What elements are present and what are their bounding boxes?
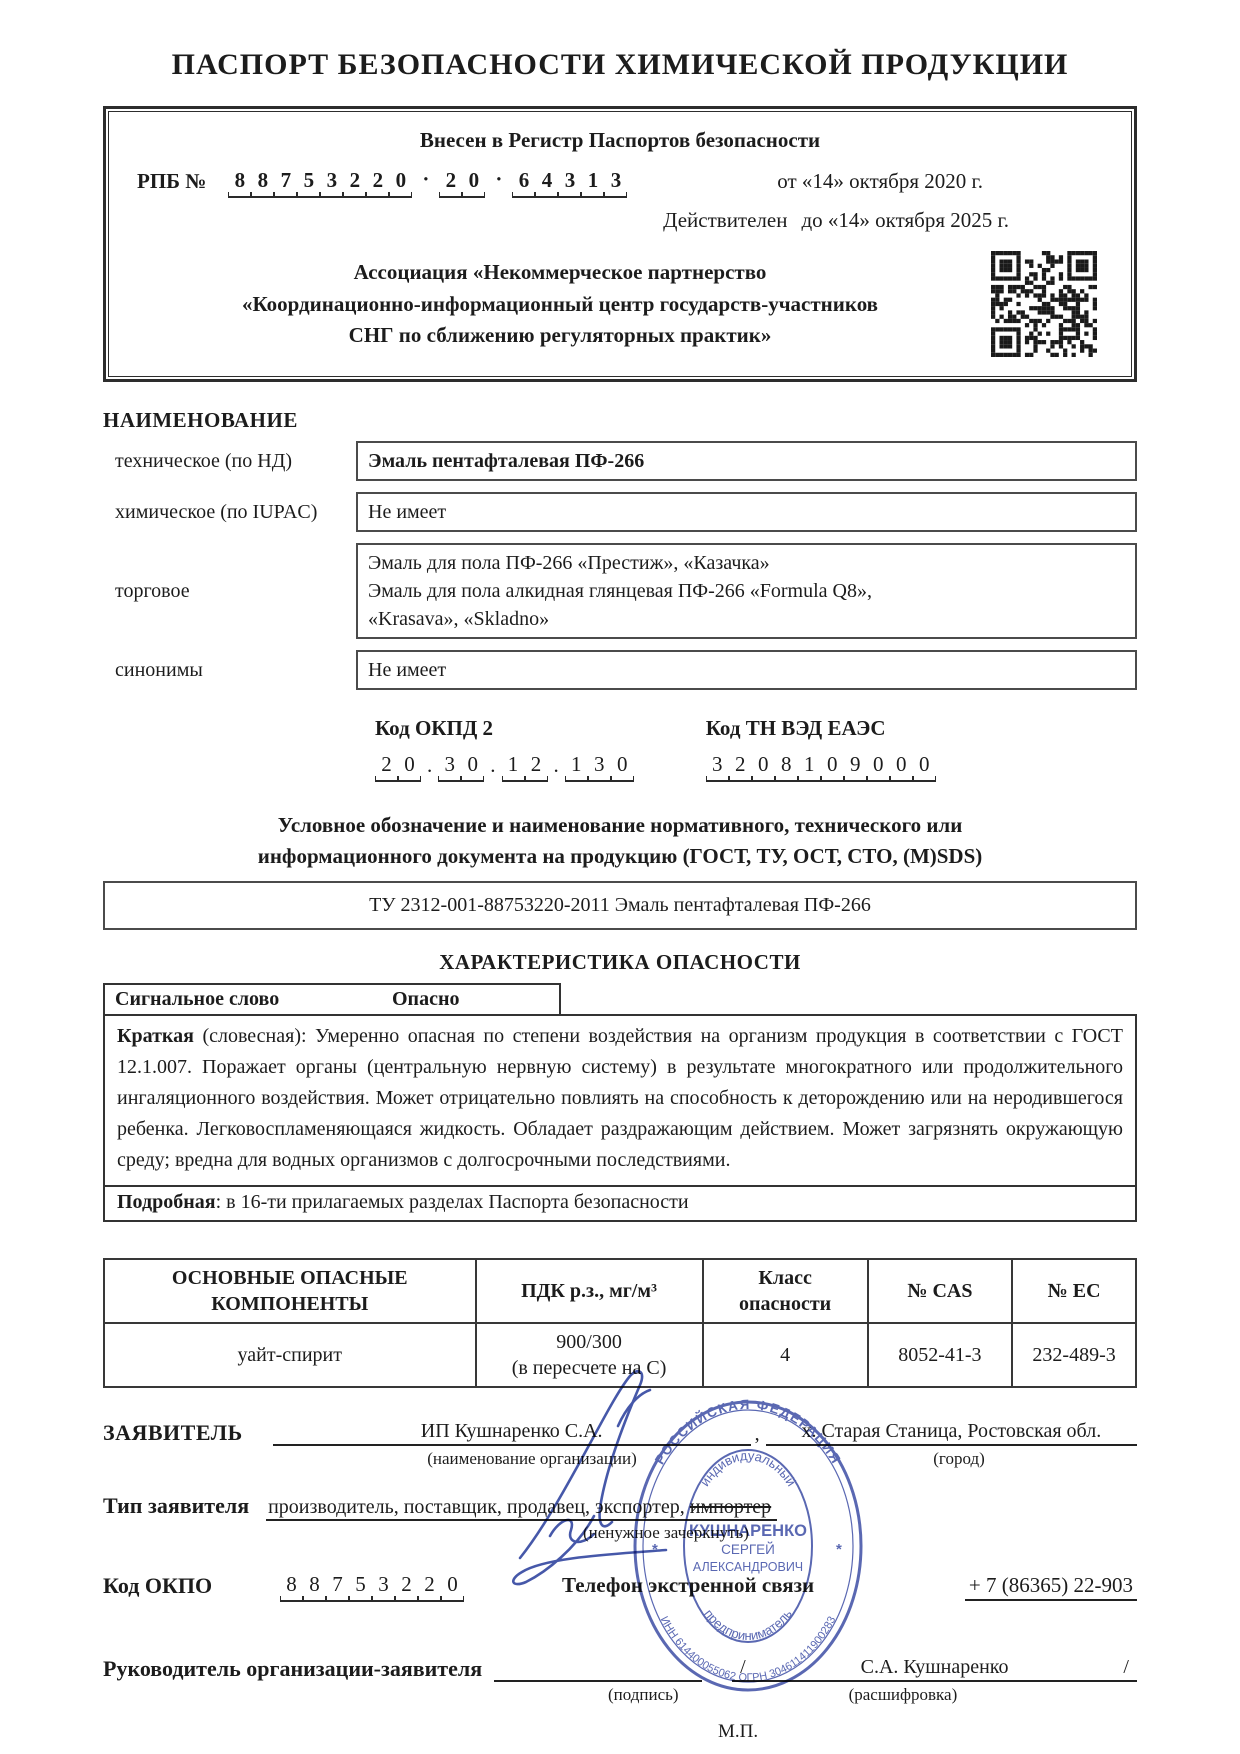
rpb-digits-group-1: 88753220 [228,169,412,198]
field-row-chemical: химическое (по IUPAC) Не имеет [103,492,1137,532]
technical-name-label: техническое (по НД) [103,450,356,473]
trade-name-label: торговое [103,580,356,603]
stamp-firstname: СЕРГЕЙ [721,1542,775,1557]
okpd-code-block: Код ОКПД 2 20 . 30 . 12 . 130 [375,716,634,782]
col-header-hazard-class: Класс опасности [703,1259,868,1323]
registry-heading: Внесен в Регистр Паспортов безопасности [129,128,1111,153]
stamp-star-right: * [836,1541,842,1558]
synonyms-label: синонимы [103,659,356,682]
issue-date: от «14» октября 2020 г. [777,169,983,194]
okpo-label: Код ОКПО [103,1573,280,1599]
association-line: СНГ по сближению регуляторных практик» [129,320,991,352]
col-header-cas: № CAS [868,1259,1012,1323]
tnved-digits: 3208109000 [706,753,936,782]
okpd-group: 130 [565,753,634,782]
synonyms-value: Не имеет [356,650,1137,690]
registry-box: Внесен в Регистр Паспортов безопасности … [103,106,1137,382]
okpd-group: 12 [502,753,548,782]
rpb-separator: · [495,169,502,190]
svg-text:индивидуальный: индивидуальный [697,1448,799,1489]
brief-hazard-text: (словесная): Умеренно опасная по степени… [117,1025,1123,1171]
validity-row: Действителен до «14» октября 2025 г. [129,208,1009,233]
association-row: Ассоциация «Некоммерческое партнерство «… [129,247,1111,362]
stamp-individual-text: индивидуальный [697,1448,799,1489]
rpb-digits-group-2: 20 [439,169,485,198]
codes-row: Код ОКПД 2 20 . 30 . 12 . 130 Код ТН ВЭД… [375,716,1240,782]
head-of-organization-label: Руководитель организации-заявителя [103,1656,482,1682]
col-header-components: ОСНОВНЫЕ ОПАСНЫЕ КОМПОНЕНТЫ [104,1259,476,1323]
valid-label: Действителен [663,208,787,233]
slash: / [1123,1656,1129,1679]
naming-section-heading: НАИМЕНОВАНИЕ [103,408,1137,433]
qr-code-wrap [991,251,1097,362]
rpb-separator: · [422,169,429,190]
head-captions-row: (подпись) (расшифровка) [103,1685,1137,1705]
component-name-cell: уайт-спирит [104,1323,476,1387]
component-class-cell: 4 [703,1323,868,1387]
svg-text:предприниматель: предприниматель [701,1606,795,1643]
valid-until-date: до «14» октября 2025 г. [801,208,1009,233]
stamp-inn-ogrn-text: ИНН 614400055062 ОГРН 304611411900283 [658,1615,839,1685]
trade-name-value: Эмаль для пола ПФ-266 «Престиж», «Казачк… [356,543,1137,639]
normative-doc-heading-line: информационного документа на продукцию (… [0,841,1240,871]
component-cas-cell: 8052-41-3 [868,1323,1012,1387]
rpb-label: РПБ № [137,169,206,194]
trade-name-line: Эмаль для пола ПФ-266 «Престиж», «Казачк… [368,549,1125,577]
rpb-digits-group-3: 64313 [512,169,627,198]
chemical-name-value: Не имеет [356,492,1137,532]
tnved-label: Код ТН ВЭД ЕАЭС [706,716,936,741]
brief-hazard-label: Краткая [117,1025,194,1047]
brief-hazard-box: Краткая (словесная): Умеренно опасная по… [103,1014,1137,1187]
normative-doc-heading-line: Условное обозначение и наименование норм… [0,810,1240,840]
okpd-separator: . [427,753,432,778]
signal-word-box: Сигнальное слово Опасно [103,983,561,1014]
qr-code [991,251,1097,357]
mp-seal-placeholder: М.П. [718,1721,1240,1743]
normative-doc-heading: Условное обозначение и наименование норм… [0,810,1240,871]
tnved-code-block: Код ТН ВЭД ЕАЭС 3208109000 [706,716,936,782]
trade-name-line: Эмаль для пола алкидная глянцевая ПФ-266… [368,577,1125,605]
tnved-group: 3208109000 [706,753,936,782]
applicant-type-label: Тип заявителя [103,1493,249,1518]
normative-doc-value: ТУ 2312-001-88753220-2011 Эмаль пентафта… [103,881,1137,930]
detail-hazard-text: : в 16-ти прилагаемых разделах Паспорта … [216,1191,689,1213]
signal-word-value: Опасно [392,988,459,1011]
trade-name-line: «Krasava», «Skladno» [368,605,1125,633]
stamp-patronymic: АЛЕКСАНДРОВИЧ [693,1560,803,1574]
head-of-organization-row: Руководитель организации-заявителя / С.А… [103,1654,1137,1682]
field-row-trade: торговое Эмаль для пола ПФ-266 «Престиж»… [103,543,1137,639]
head-name: С.А. Кушнаренко [861,1656,1009,1679]
applicant-label: ЗАЯВИТЕЛЬ [103,1420,243,1446]
association-name: Ассоциация «Некоммерческое партнерство «… [129,247,991,362]
field-row-synonyms: синонимы Не имеет [103,650,1137,690]
okpd-separator: . [490,753,495,778]
okpd-digits: 20 . 30 . 12 . 130 [375,753,634,782]
signal-word-label: Сигнальное слово [115,988,392,1011]
field-row-technical: техническое (по НД) Эмаль пентафталевая … [103,441,1137,481]
association-line: «Координационно-информационный центр гос… [129,289,991,321]
hazard-section-heading: ХАРАКТЕРИСТИКА ОПАСНОСТИ [0,950,1240,975]
okpd-group: 30 [438,753,484,782]
rpb-number-row: РПБ № 88753220 · 20 · 64313 от «14» октя… [129,169,1111,198]
registry-box-inner: Внесен в Регистр Паспортов безопасности … [108,111,1132,377]
stamp-entrepreneur-text: предприниматель [701,1606,795,1643]
component-ec-cell: 232-489-3 [1012,1323,1136,1387]
okpo-digits: 88753220 [280,1573,464,1602]
svg-text:ИНН 614400055062 ОГРН 30461: ИНН 614400055062 ОГРН 304611411900283 [658,1615,839,1685]
safety-data-sheet-page: ПАСПОРТ БЕЗОПАСНОСТИ ХИМИЧЕСКОЙ ПРОДУКЦИ… [0,0,1240,1754]
emergency-phone-value: + 7 (86365) 22-903 [965,1573,1137,1601]
technical-name-value: Эмаль пентафталевая ПФ-266 [356,441,1137,481]
detail-hazard-box: Подробная: в 16-ти прилагаемых разделах … [103,1187,1137,1222]
okpd-group: 20 [375,753,421,782]
association-line: Ассоциация «Некоммерческое партнерство [129,257,991,289]
stamp-surname: КУШНАРЕНКО [689,1522,807,1540]
page-title: ПАСПОРТ БЕЗОПАСНОСТИ ХИМИЧЕСКОЙ ПРОДУКЦИ… [0,0,1240,82]
chemical-name-label: химическое (по IUPAC) [103,501,356,524]
col-header-ec: № ЕС [1012,1259,1136,1323]
stamp: РОССИЙСКАЯ ФЕДЕРАЦИЯ ИНН 614400055062 ОГ… [628,1396,868,1696]
okpd-label: Код ОКПД 2 [375,716,634,741]
detail-hazard-label: Подробная [117,1191,216,1213]
table-header-row: ОСНОВНЫЕ ОПАСНЫЕ КОМПОНЕНТЫ ПДК р.з., мг… [104,1259,1136,1323]
okpd-separator: . [554,753,559,778]
stamp-star-left: * [652,1541,658,1558]
col-header-pdk: ПДК р.з., мг/м³ [476,1259,703,1323]
